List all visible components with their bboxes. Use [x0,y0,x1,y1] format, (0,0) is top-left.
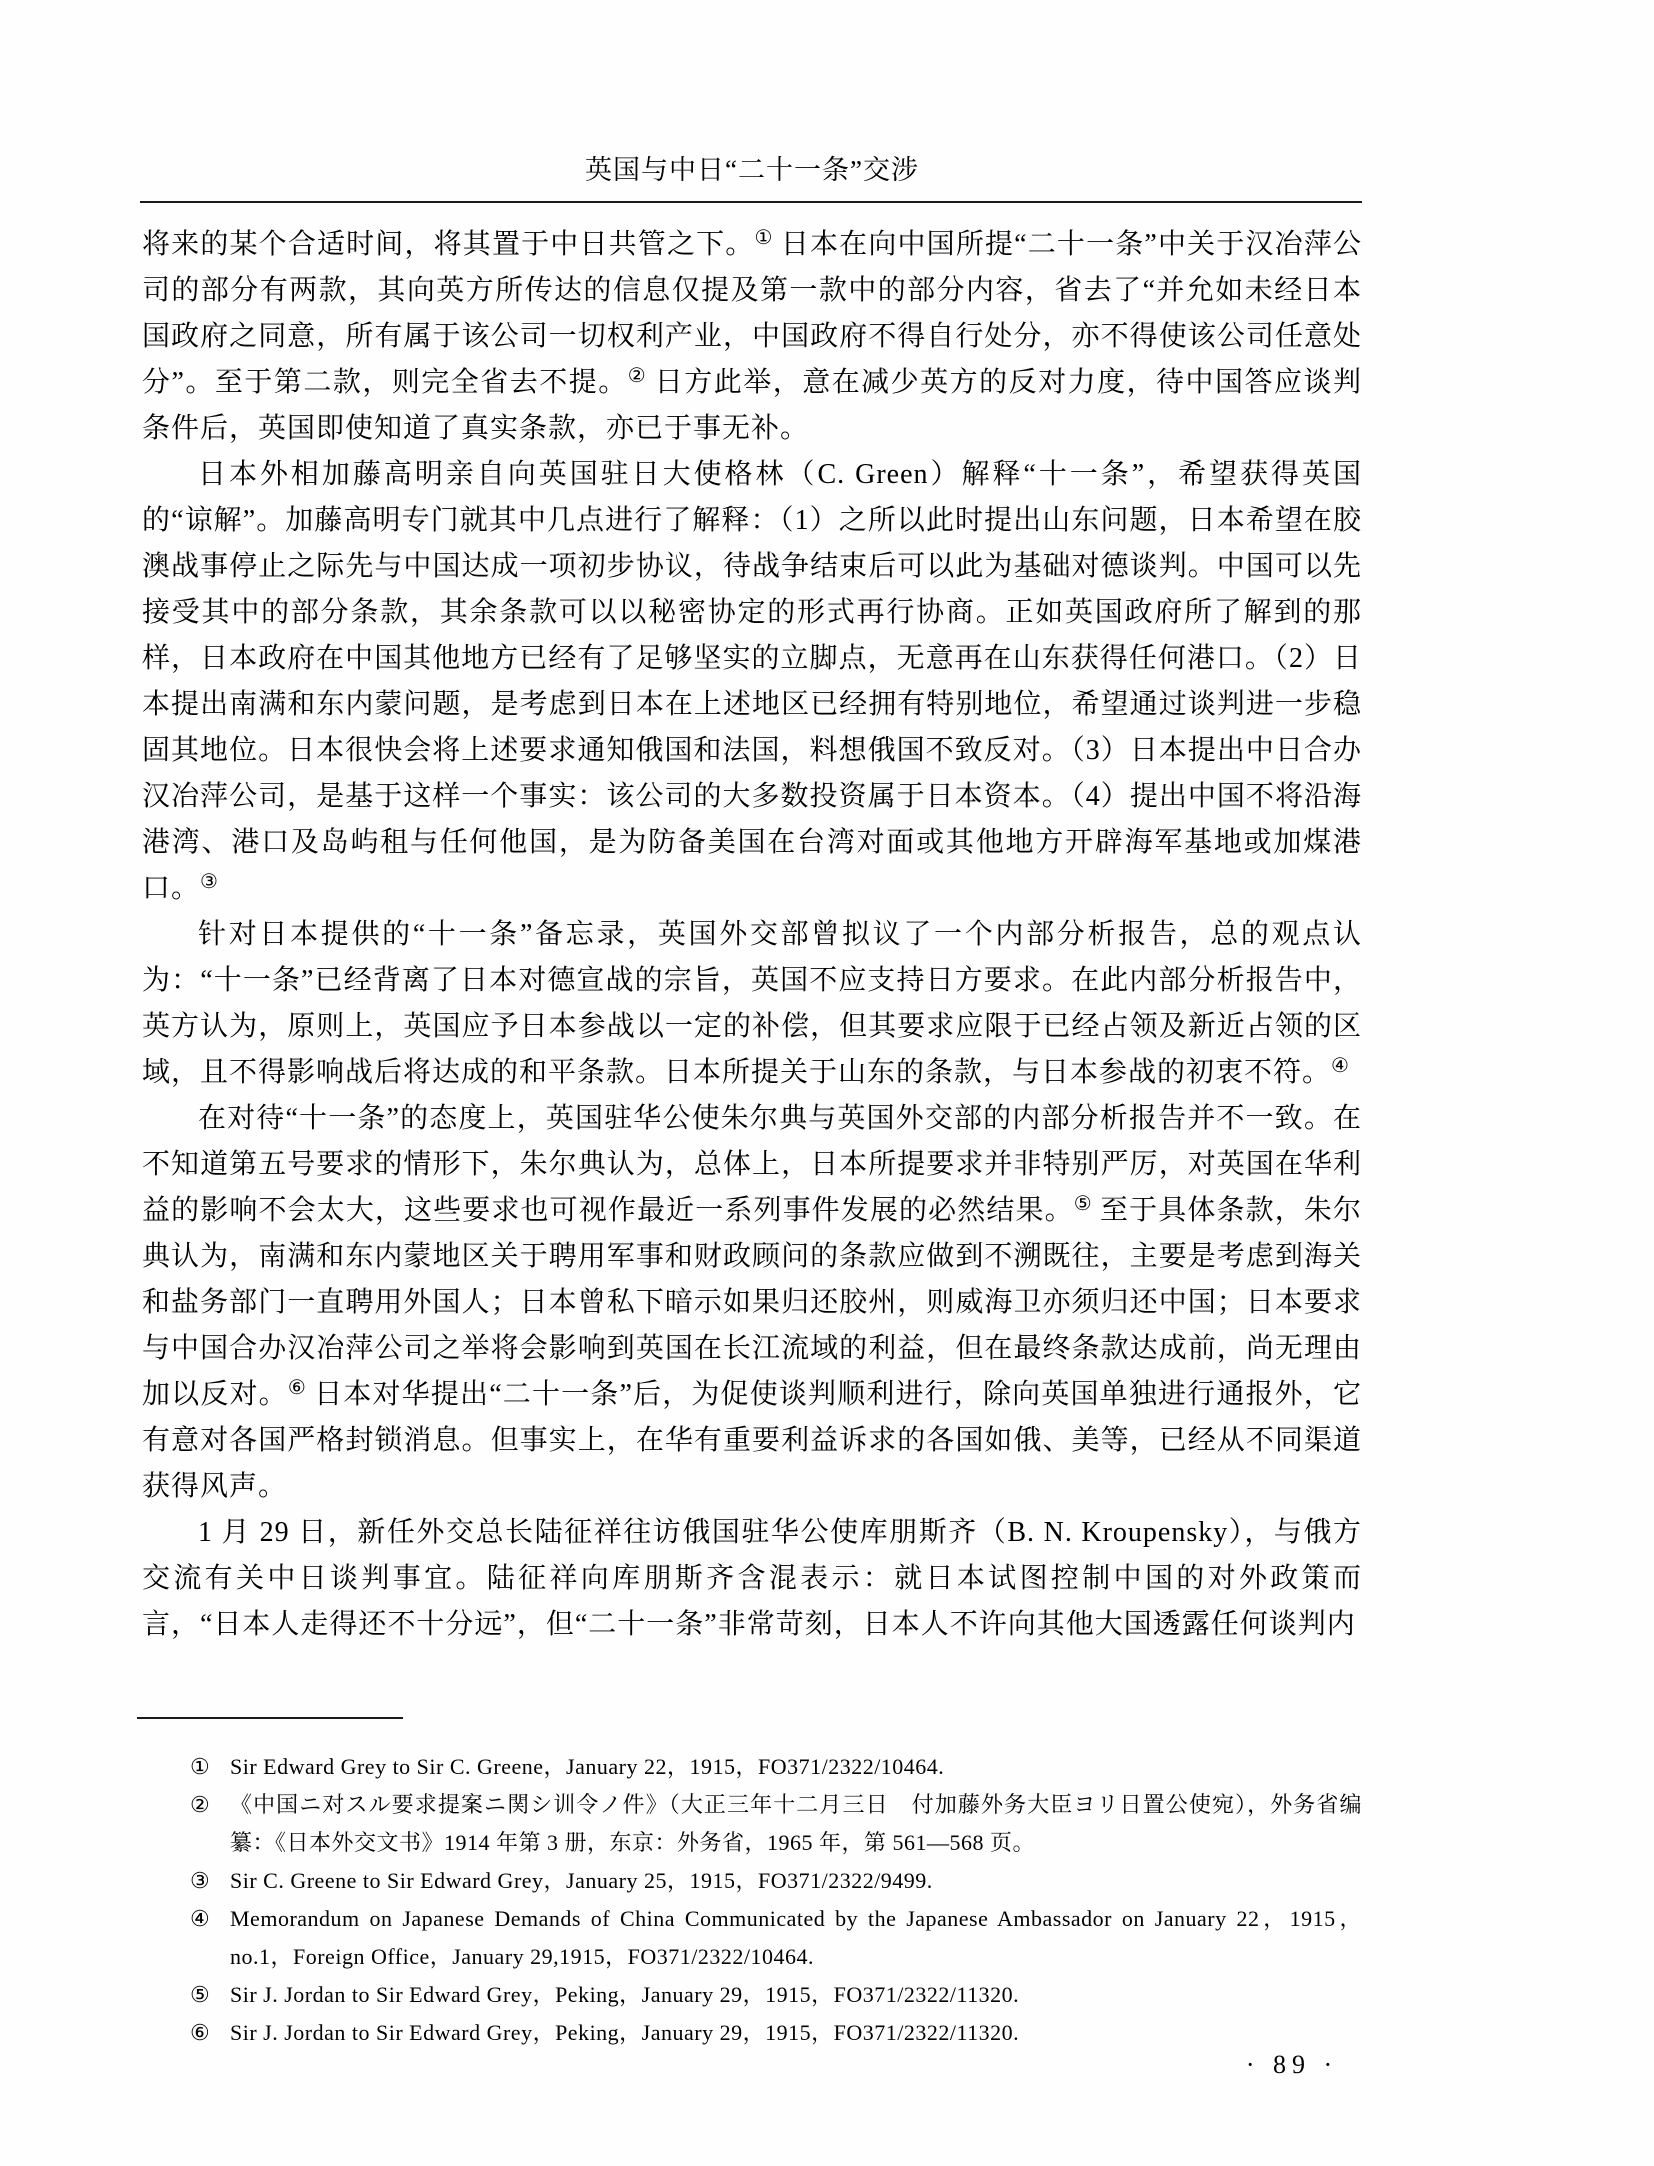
footnote-item: ② 《中国ニ对スル要求提案ニ関シ训令ノ件》（大正三年十二月三日 付加藤外务大臣ヨ… [190,1786,1362,1862]
header-rule [140,201,1362,203]
footnote-item: ① Sir Edward Grey to Sir C. Greene，Janua… [190,1748,1362,1786]
footnote-separator-rule [137,1717,403,1719]
body-paragraph: 针对日本提供的“十一条”备忘录，英国外交部曾拟议了一个内部分析报告，总的观点认为… [142,912,1362,1096]
footnote-marker: ⑤ [190,1976,230,2014]
footnote-text: Sir Edward Grey to Sir C. Greene，January… [230,1748,1362,1786]
footnote-marker: ⑥ [190,2014,230,2052]
footnote-marker: ② [190,1786,230,1824]
footnote-text: Sir J. Jordan to Sir Edward Grey，Peking，… [230,1976,1362,2014]
footnote-text: Sir J. Jordan to Sir Edward Grey，Peking，… [230,2014,1362,2052]
running-header-title: 英国与中日“二十一条”交涉 [142,148,1362,187]
footnote-marker: ③ [190,1862,230,1900]
footnote-text: Sir C. Greene to Sir Edward Grey，January… [230,1862,1362,1900]
document-page: 英国与中日“二十一条”交涉 将来的某个合适时间，将其置于中日共管之下。① 日本在… [0,0,1654,2166]
footnote-text: 《中国ニ对スル要求提案ニ関シ训令ノ件》（大正三年十二月三日 付加藤外务大臣ヨリ日… [230,1786,1362,1862]
footnote-item: ⑤ Sir J. Jordan to Sir Edward Grey，Pekin… [190,1976,1362,2014]
footnote-item: ④ Memorandum on Japanese Demands of Chin… [190,1900,1362,1976]
footnotes-block: ① Sir Edward Grey to Sir C. Greene，Janua… [190,1748,1362,2052]
page-number: · 89 · [1142,2050,1442,2080]
body-paragraph: 1 月 29 日，新任外交总长陆征祥往访俄国驻华公使库朋斯齐（B. N. Kro… [142,1510,1362,1648]
footnote-item: ③ Sir C. Greene to Sir Edward Grey，Janua… [190,1862,1362,1900]
body-paragraph: 日本外相加藤高明亲自向英国驻日大使格林（C. Green）解释“十一条”，希望获… [142,452,1362,912]
body-paragraph: 在对待“十一条”的态度上，英国驻华公使朱尔典与英国外交部的内部分析报告并不一致。… [142,1096,1362,1510]
footnote-item: ⑥ Sir J. Jordan to Sir Edward Grey，Pekin… [190,2014,1362,2052]
body-paragraph: 将来的某个合适时间，将其置于中日共管之下。① 日本在向中国所提“二十一条”中关于… [142,222,1362,452]
footnote-marker: ④ [190,1900,230,1938]
footnote-text: Memorandum on Japanese Demands of China … [230,1900,1362,1976]
footnote-marker: ① [190,1748,230,1786]
article-body: 将来的某个合适时间，将其置于中日共管之下。① 日本在向中国所提“二十一条”中关于… [142,222,1362,1648]
